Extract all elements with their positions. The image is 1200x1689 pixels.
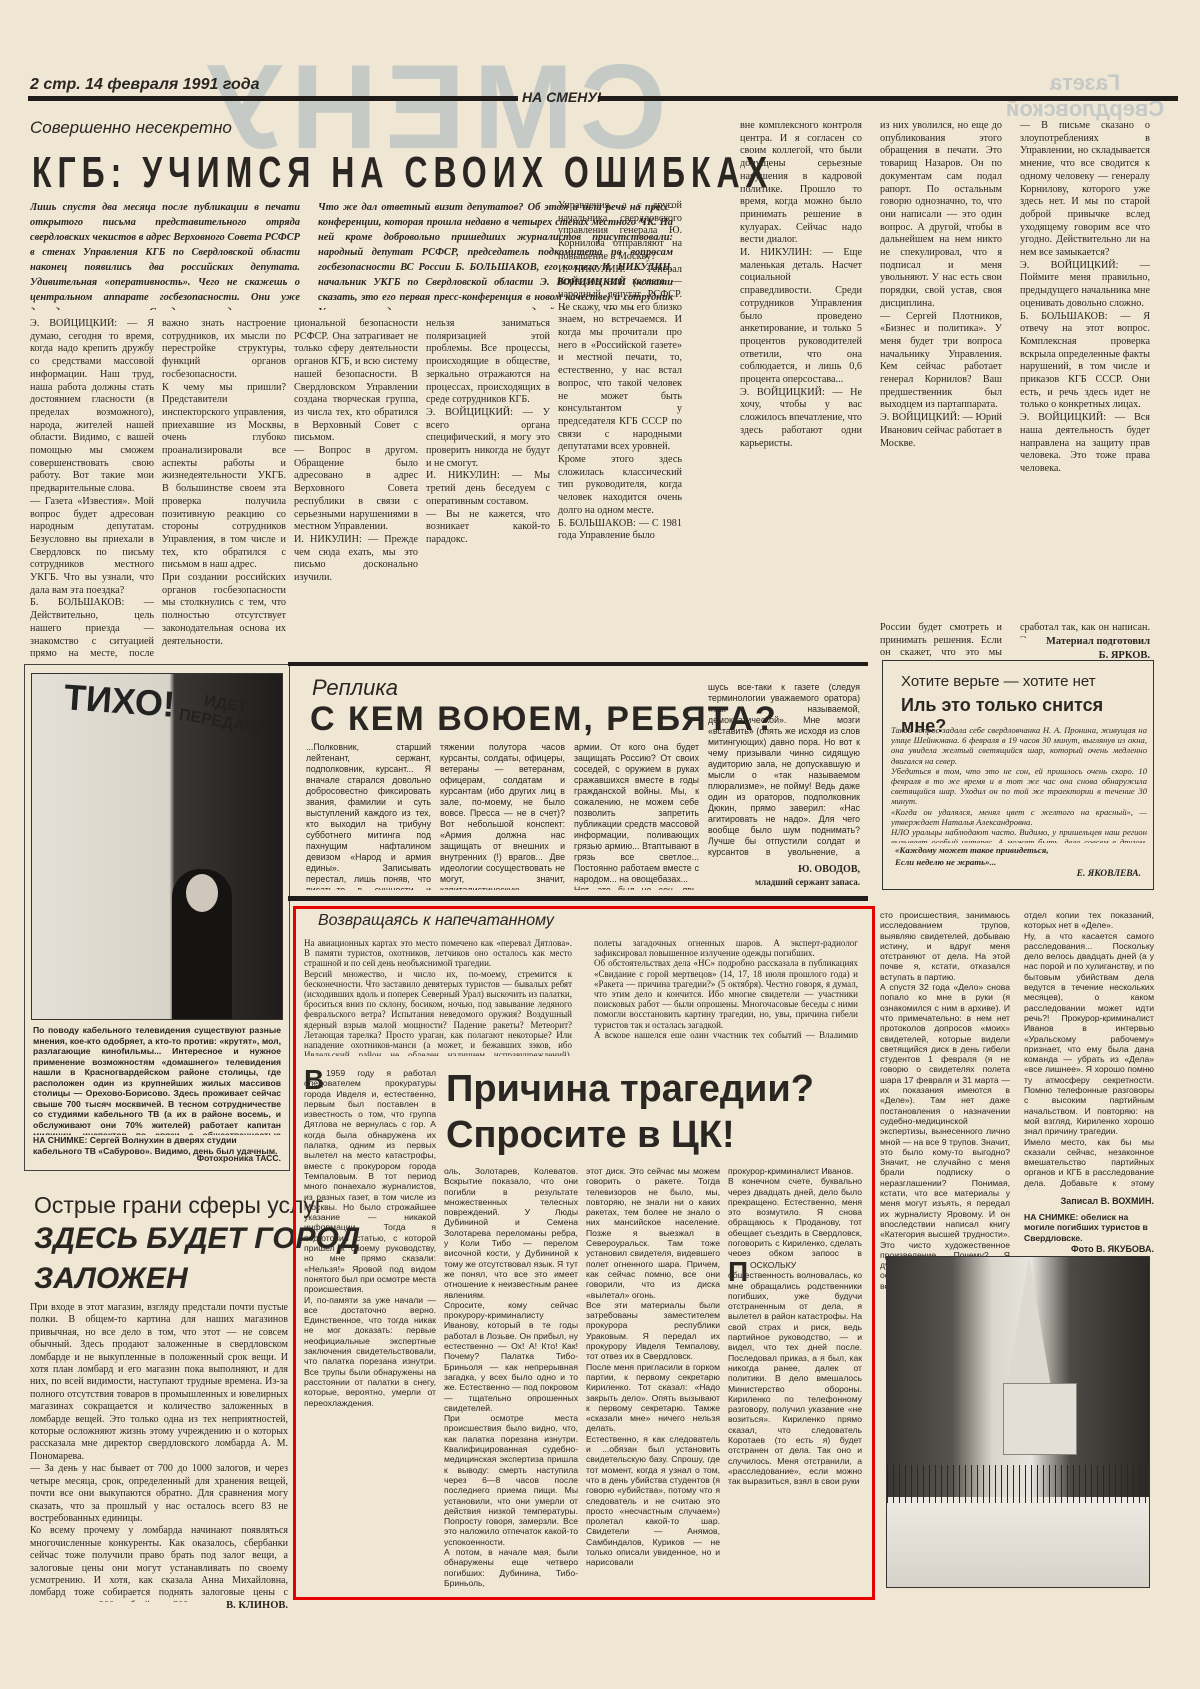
replika-kicker: Реплика [312,675,398,701]
kgb-column-3: циональной безопасности РСФСР. Она затра… [294,318,418,658]
kgb-column-6: вне комплексного контроля центра. И я со… [740,120,862,658]
tv-photo-frame: ТИХО! ИДЕТ ПЕРЕДАЧА По поводу кабельного… [24,664,290,1171]
sign-quiet: ТИХО! [63,676,177,726]
dyatlov-kicker: Возвращаясь к напечатанному [318,912,554,930]
tv-studio-photo: ТИХО! ИДЕТ ПЕРЕДАЧА [31,673,283,1020]
ufo-quote-2: Если неделю не жрать»... [895,857,996,867]
obelisk-shape [1007,1257,1051,1387]
kgb-column-1: Э. ВОЙЦИЦКИЙ: — Я думаю, сегодня то врем… [30,318,154,658]
replika-top-rule [288,662,868,666]
services-body: При входе в этот магазин, взгляду предст… [30,1302,288,1602]
dyatlov-column-5: сто происшествия, занимаюсь исследование… [880,910,1010,1290]
kgb-byline-label: Материал подготовил [1020,636,1150,647]
dyatlov-column-3: этот диск. Это сейчас мы можем говорить … [586,1166,720,1588]
replika-column-4: шусь все-таки к газете (следуя терминоло… [708,682,860,860]
ufo-kicker: Хотите верьте — хотите нет [901,673,1096,690]
snow-ground [887,1497,1149,1587]
header-rule-right [598,96,1178,101]
ufo-body: Такой вопрос задала себе свердловчанка Н… [891,725,1147,843]
dyatlov-headline-1: Причина трагедии? [446,1068,814,1111]
dyatlov-headline-2: Спросите в ЦК! [446,1114,735,1157]
ufo-box: Хотите верьте — хотите нет Иль это тольк… [882,660,1154,890]
kgb-lead-left: Лишь спустя два месяца после публикации … [30,200,300,310]
kgb-column-4: нельзя заниматься поляризацией этой проб… [426,318,550,658]
obelisk-photo [886,1256,1150,1588]
replika-column-1: ...Полковник, старший лейтенант, сержант… [306,742,431,890]
dyatlov-column-2: оль, Золотарев, Колеватов. Вскрытие пока… [444,1166,578,1588]
dyatlov-photo-caption: НА СНИМКЕ: обелиск на могиле погибших ту… [1024,1212,1154,1243]
kgb-column-2: важно знать настроение сотрудников, их м… [162,318,286,658]
services-headline-2: ЗАЛОЖЕН [34,1262,188,1296]
man-face [186,874,218,912]
dyatlov-intro-left: На авиационных картах это место помечено… [304,938,572,1056]
dyatlov-column-6: отдел копии тех показаний, которых нет в… [1024,910,1154,1190]
dyatlov-column-4: прокурор-криминалист Иванов. В конечном … [728,1166,862,1256]
kgb-column-8: — В письме сказано о злоупотреблениях в … [1020,120,1150,620]
dyatlov-recorded-by: Записал В. ВОХМИН. [1024,1196,1154,1206]
replika-byline-name: Ю. ОВОДОВ, [708,864,860,875]
replika-column-2: тяжении полутора часов курсанты, солдаты… [440,742,565,890]
services-kicker: Острые грани сферы услуг [34,1192,323,1219]
ufo-byline: Е. ЯКОВЛЕВА. [1077,869,1141,879]
date-line: 2 стр. 14 февраля 1991 года [30,76,260,94]
ufo-quote-1: «Каждому может такое привидеться, [895,845,1049,855]
newspaper-name: НА СМЕНУ! [522,89,601,105]
tv-caption: По поводу кабельного телевидения существ… [33,1025,281,1135]
kgb-column-5: Управления, а с другой начальника свердл… [558,200,682,658]
replika-byline-title: младший сержант запаса. [708,877,860,887]
replika-column-3: армии. От кого она будет защищать Россию… [574,742,699,890]
dyatlov-intro-right: полеты загадочных огненных шаров. А эксп… [594,938,858,1038]
services-byline: В. КЛИНОВ. [30,1600,288,1611]
dyatlov-top-rule [288,896,868,901]
tv-credit: Фотохроника ТАСС. [33,1153,281,1164]
kgb-column-7-tail: России будет смотреть и принимать решени… [880,622,1002,662]
dyatlov-column-4b: ОСКОЛЬКУ общественность волновалась, ко … [728,1260,862,1588]
dyatlov-photo-credit: Фото В. ЯКУБОВА. [1024,1244,1154,1254]
kgb-kicker: Совершенно несекретно [30,118,232,138]
kgb-headline: КГБ: УЧИМСЯ НА СВОИХ ОШИБКАХ [32,148,773,198]
header-rule-left [28,96,518,101]
fence [887,1465,1149,1503]
sign-on-air: ИДЕТ ПЕРЕДАЧА [172,688,277,741]
obelisk-base [1003,1383,1077,1455]
dyatlov-column-1: 1959 году я работал следователем прокура… [304,1068,436,1588]
kgb-column-7: из них уволился, но еще до опубликования… [880,120,1002,620]
